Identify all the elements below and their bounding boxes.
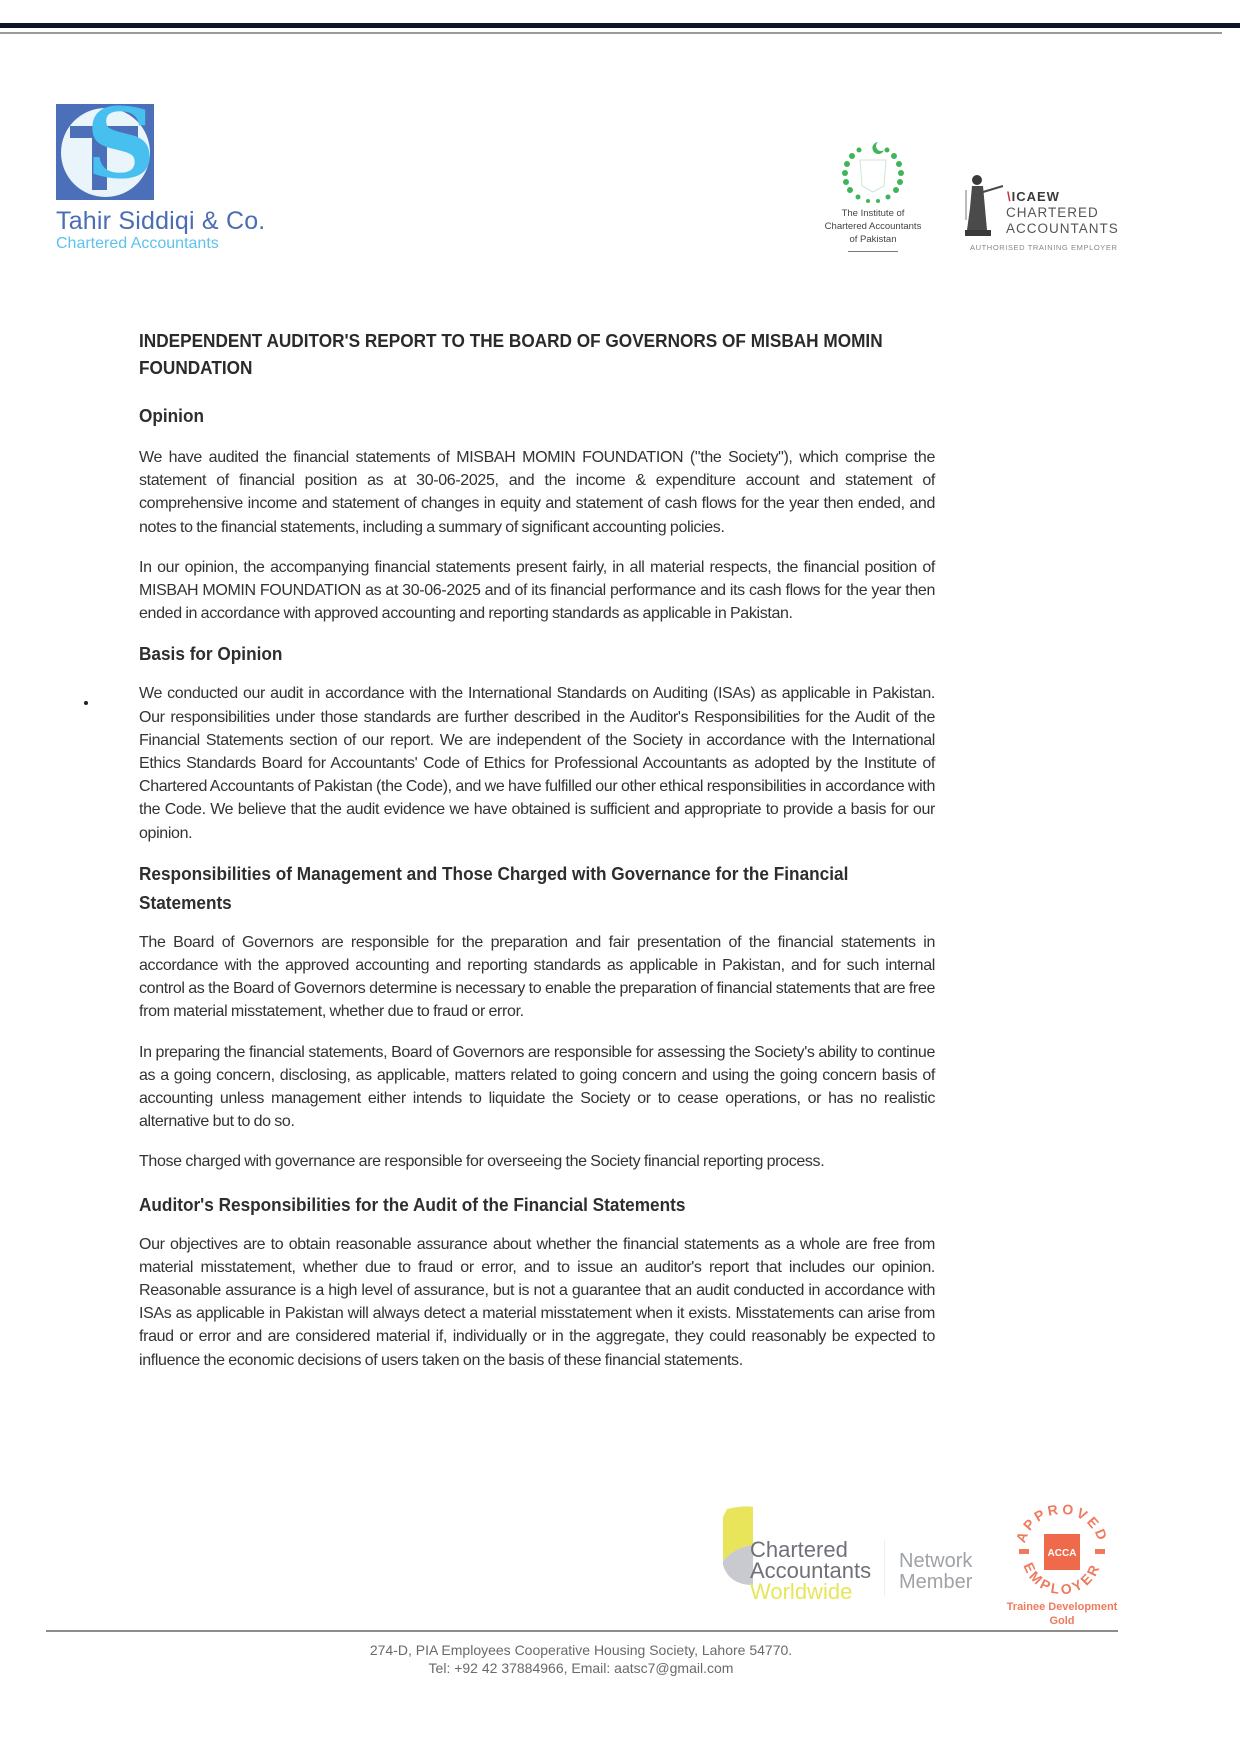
footer-address-block: 274-D, PIA Employees Cooperative Housing… <box>300 1641 862 1677</box>
logo-divider <box>884 1540 885 1596</box>
caw-logo-icon <box>715 1505 753 1587</box>
caw-wordmark: Chartered Accountants Worldwide <box>750 1539 871 1602</box>
section-heading-management: Responsibilities of Management and Those… <box>139 859 939 917</box>
icaew-figure-icon <box>963 172 1005 238</box>
paragraph: In preparing the financial statements, B… <box>139 1041 935 1134</box>
report-body: INDEPENDENT AUDITOR'S REPORT TO THE BOAR… <box>139 327 935 1372</box>
paragraph: In our opinion, the accompanying financi… <box>139 556 935 626</box>
footer-address: 274-D, PIA Employees Cooperative Housing… <box>300 1641 862 1659</box>
section-heading-auditor: Auditor's Responsibilities for the Audit… <box>139 1190 939 1219</box>
top-rule <box>0 32 1222 34</box>
top-scan-border <box>0 23 1240 28</box>
footer-rule <box>46 1630 1118 1632</box>
acca-caption: Trainee Development Gold <box>995 1600 1129 1628</box>
network-member-label: Network Member <box>899 1551 972 1593</box>
firm-logo-icon: S <box>56 104 154 200</box>
paragraph: We conducted our audit in accordance wit… <box>139 682 935 844</box>
icaew-line-1: CHARTERED <box>1006 205 1099 220</box>
firm-subtitle: Chartered Accountants <box>56 235 219 253</box>
icap-underline <box>848 251 898 252</box>
footer-contact: Tel: +92 42 37884966, Email: aatsc7@gmai… <box>300 1659 862 1677</box>
icaew-line-2: ACCOUNTANTS <box>1006 221 1119 236</box>
paragraph: We have audited the financial statements… <box>139 446 935 539</box>
svg-text:ACCA: ACCA <box>1048 1548 1077 1559</box>
section-heading-opinion: Opinion <box>139 401 939 430</box>
paragraph: Our objectives are to obtain reasonable … <box>139 1233 935 1372</box>
scan-speck <box>84 701 88 705</box>
section-heading-basis: Basis for Opinion <box>139 639 939 668</box>
firm-name: Tahir Siddiqi & Co. <box>56 207 265 236</box>
icaew-title: \ICAEW <box>1007 189 1060 204</box>
icap-name: The Institute of Chartered Accountants o… <box>808 207 938 246</box>
acca-approved-employer-badge-icon: APPROVED EMPLOYER ACCA <box>1010 1500 1114 1604</box>
paragraph: The Board of Governors are responsible f… <box>139 931 935 1024</box>
paragraph: Those charged with governance are respon… <box>139 1150 935 1173</box>
icap-emblem-icon <box>838 138 908 206</box>
icaew-tagline: AUTHORISED TRAINING EMPLOYER <box>970 243 1118 252</box>
report-title: INDEPENDENT AUDITOR'S REPORT TO THE BOAR… <box>139 327 939 381</box>
